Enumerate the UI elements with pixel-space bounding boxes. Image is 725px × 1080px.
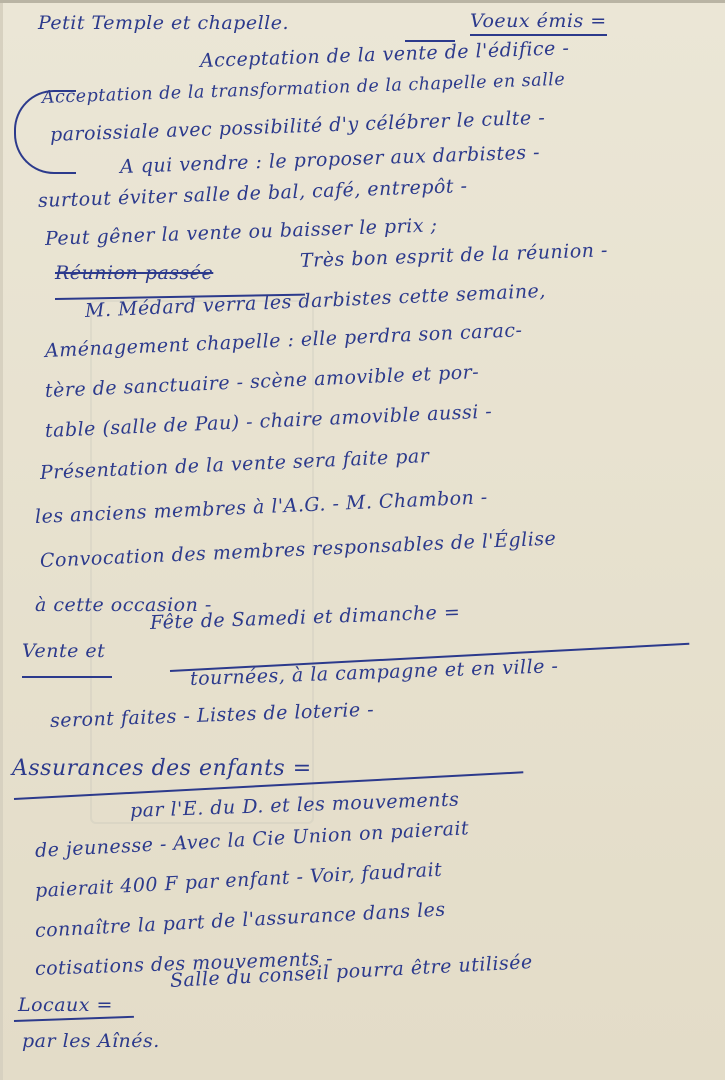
heading-rule: [22, 676, 112, 678]
text-line: Très bon esprit de la réunion -: [300, 239, 609, 272]
text-line: Acceptation de la transformation de la c…: [42, 70, 566, 108]
heading-rule: [14, 1016, 134, 1022]
text-line: paierait 400 F par enfant - Voir, faudra…: [34, 859, 442, 902]
text-line: Peut gêner la vente ou baisser le prix ;: [45, 214, 438, 250]
text-line: connaître la part de l'assurance dans le…: [34, 898, 446, 941]
text-line: par les Aînés.: [22, 1030, 160, 1052]
struck-text: Réunion passée: [55, 262, 213, 284]
text-line: Acceptation de la vente de l'édifice -: [200, 37, 570, 72]
text-line: surtout éviter salle de bal, café, entre…: [38, 175, 468, 212]
heading-vente: Vente et: [22, 640, 105, 662]
text-line: A qui vendre : le proposer aux darbistes…: [120, 141, 541, 178]
heading-assurance: Assurances des enfants =: [12, 756, 312, 781]
heading-petit-temple: Petit Temple et chapelle.: [38, 12, 289, 34]
heading-voeux-emis: Voeux émis =: [470, 10, 607, 36]
manuscript-page: Petit Temple et chapelle. Voeux émis = A…: [0, 0, 725, 1080]
text-line: paroissiale avec possibilité d'y célébre…: [50, 107, 546, 146]
heading-locaux: Locaux =: [18, 994, 113, 1016]
text-line: M. Médard verra les darbistes cette sema…: [85, 280, 547, 322]
